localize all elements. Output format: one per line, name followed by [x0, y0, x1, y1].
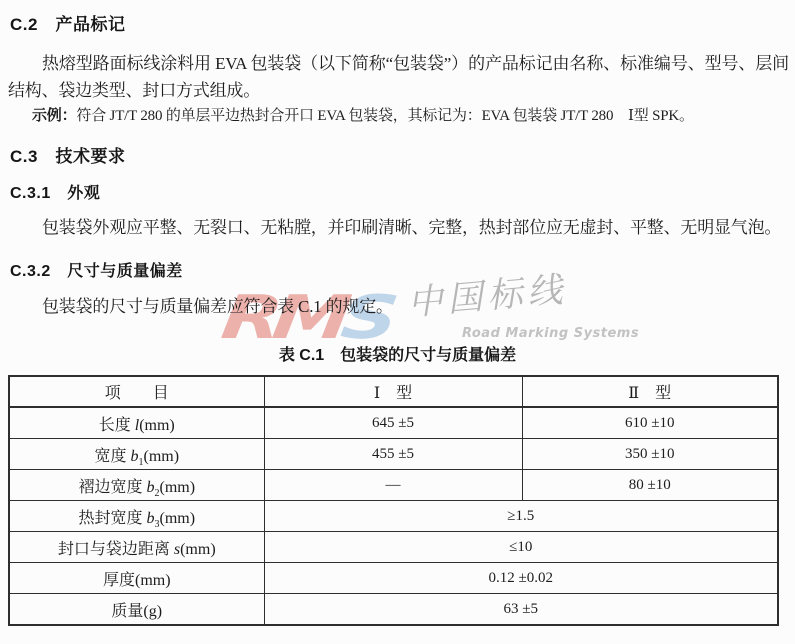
value-merged: ≤10	[264, 532, 778, 563]
header-item: 项 目	[9, 376, 264, 407]
label-unit: (g)	[143, 603, 162, 620]
label-unit: (mm)	[135, 572, 171, 589]
label-text: 热封宽度	[78, 510, 146, 527]
para-appearance: 包装袋外观应平整、无裂口、无粘膛，并印刷清晰、完整，热封部位应无虚封、平整、无明…	[8, 214, 793, 241]
label-unit: (mm)	[180, 541, 216, 558]
header-type2: Ⅱ 型	[522, 376, 778, 407]
label-text: 厚度	[103, 572, 135, 589]
label-unit: (mm)	[139, 417, 175, 434]
table-caption: 表 C.1 包装袋的尺寸与质量偏差	[0, 342, 795, 365]
row-label-mass: 质量(g)	[9, 594, 264, 626]
header-type1: Ⅰ 型	[264, 376, 522, 407]
value-type2: 350 ±10	[522, 439, 778, 470]
table-row: 封口与袋边距离 s(mm) ≤10	[9, 532, 778, 563]
heading-c31-appearance: C.3.1 外观	[10, 180, 100, 203]
table-row: 长度 l(mm) 645 ±5 610 ±10	[9, 407, 778, 439]
row-label-seal-edge-distance: 封口与袋边距离 s(mm)	[9, 532, 264, 563]
row-label-thickness: 厚度(mm)	[9, 563, 264, 594]
row-label-gusset-width: 褶边宽度 b2(mm)	[9, 470, 264, 501]
heading-c3-technical-requirements: C.3 技术要求	[10, 142, 125, 167]
table-header-row: 项 目 Ⅰ 型 Ⅱ 型	[9, 376, 778, 407]
value-type1: —	[264, 470, 522, 501]
heading-c32-dimensions: C.3.2 尺寸与质量偏差	[10, 258, 183, 281]
heading-c2-product-marking: C.2 产品标记	[10, 10, 125, 35]
example-label: 示例：	[32, 107, 76, 124]
label-text: 封口与袋边距离	[58, 541, 174, 558]
para-product-marking: 热熔型路面标线涂料用 EVA 包装袋（以下简称“包装袋”）的产品标记由名称、标准…	[8, 50, 789, 104]
table-row: 热封宽度 b3(mm) ≥1.5	[9, 501, 778, 532]
value-merged: ≥1.5	[264, 501, 778, 532]
row-label-width: 宽度 b1(mm)	[9, 439, 264, 470]
value-merged: 0.12 ±0.02	[264, 563, 778, 594]
para-dimensions-intro: 包装袋的尺寸与质量偏差应符合表 C.1 的规定。	[8, 293, 608, 320]
table-row: 质量(g) 63 ±5	[9, 594, 778, 626]
label-text: 宽度	[94, 448, 130, 465]
spec-table: 项 目 Ⅰ 型 Ⅱ 型 长度 l(mm) 645 ±5 610 ±10 宽度 b…	[8, 375, 779, 626]
value-type2: 80 ±10	[522, 470, 778, 501]
label-text: 褶边宽度	[78, 479, 146, 496]
watermark-subtitle-text: Road Marking Systems	[462, 326, 639, 341]
table-row: 褶边宽度 b2(mm) — 80 ±10	[9, 470, 778, 501]
table-row: 宽度 b1(mm) 455 ±5 350 ±10	[9, 439, 778, 470]
row-label-length: 长度 l(mm)	[9, 407, 264, 439]
label-unit: (mm)	[143, 448, 179, 465]
value-type1: 455 ±5	[264, 439, 522, 470]
label-text: 长度	[99, 417, 135, 434]
value-type1: 645 ±5	[264, 407, 522, 439]
label-unit: (mm)	[159, 479, 195, 496]
value-type2: 610 ±10	[522, 407, 778, 439]
row-label-heatseal-width: 热封宽度 b3(mm)	[9, 501, 264, 532]
para-example: 示例：符合 JT/T 280 的单层平边热封合开口 EVA 包装袋，其标记为：E…	[32, 104, 694, 125]
label-unit: (mm)	[159, 510, 195, 527]
label-text: 质量	[111, 603, 143, 620]
example-text: 符合 JT/T 280 的单层平边热封合开口 EVA 包装袋，其标记为：EVA …	[76, 108, 693, 124]
table-row: 厚度(mm) 0.12 ±0.02	[9, 563, 778, 594]
value-merged: 63 ±5	[264, 594, 778, 626]
document-page: C.2 产品标记 热熔型路面标线涂料用 EVA 包装袋（以下简称“包装袋”）的产…	[0, 0, 795, 644]
